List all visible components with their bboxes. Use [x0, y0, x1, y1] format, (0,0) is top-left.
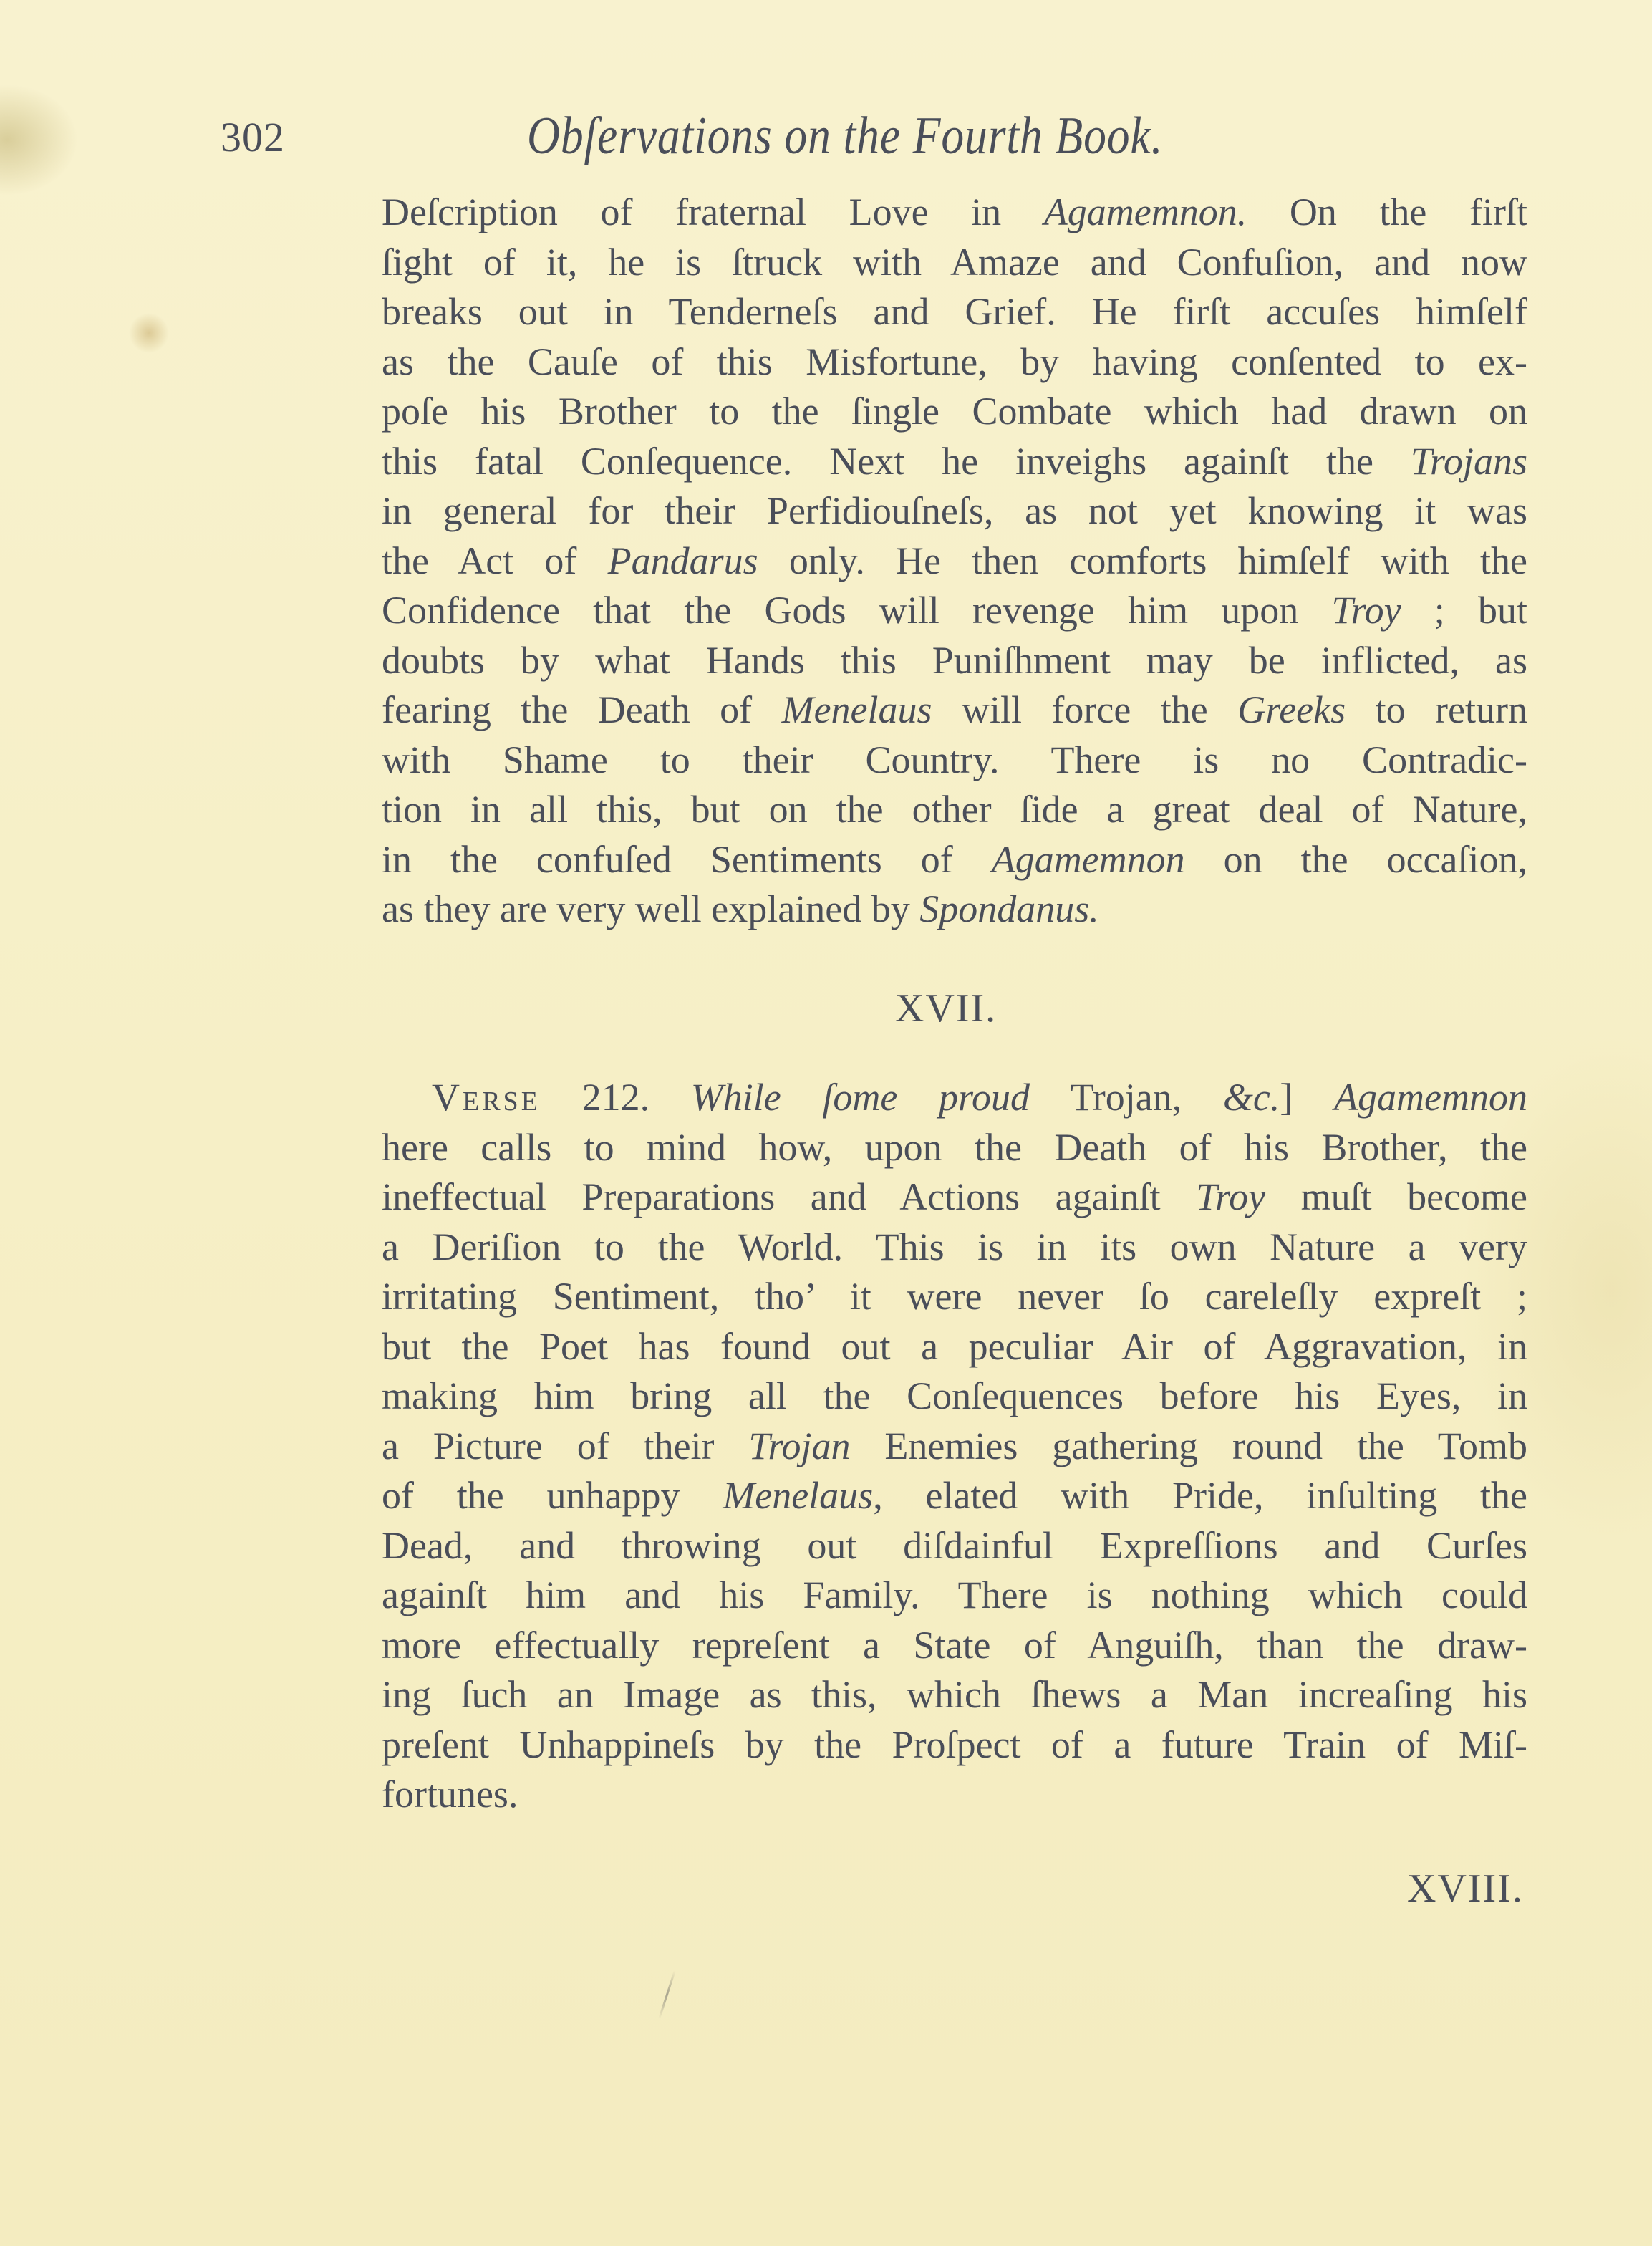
- italic-run: Menelaus: [723, 1474, 873, 1517]
- text-run: ing ſuch an Image as this, which ſhews a…: [382, 1673, 1527, 1716]
- text-line: this fatal Conſequence. Next he inveighs…: [382, 437, 1527, 487]
- paragraph-1: Deſcription of fraternal Love in Agamemn…: [382, 188, 1527, 935]
- text-run: Deſcription of fraternal Love in: [382, 191, 1044, 233]
- text-line: here calls to mind how, upon the Death o…: [382, 1123, 1527, 1173]
- text-run: , elated with Pride, inſulting the: [873, 1474, 1527, 1517]
- text-run: a Picture of their: [382, 1425, 748, 1467]
- text-line: the Act of Pandarus only. He then comfor…: [382, 536, 1527, 587]
- text-run: 212.: [541, 1076, 691, 1119]
- italic-run: Agamemnon: [1334, 1076, 1527, 1119]
- text-run: the Act of: [382, 539, 608, 582]
- text-run: Enemies gathering round the Tomb: [851, 1425, 1528, 1467]
- text-line: making him bring all the Conſequences be…: [382, 1372, 1527, 1422]
- text-run: as the Cauſe of this Misfortune, by havi…: [382, 340, 1527, 383]
- text-line: as the Cauſe of this Misfortune, by havi…: [382, 337, 1527, 387]
- text-run: ineffectual Preparations and Actions aga…: [382, 1175, 1196, 1218]
- text-run: on the occaſion,: [1185, 838, 1527, 881]
- text-run: in the confuſed Sentiments of: [382, 838, 992, 881]
- text-run: tion in all this, but on the other ſide …: [382, 788, 1527, 831]
- text-run: againſt him and his Family. There is not…: [382, 1573, 1527, 1616]
- text-line: Verse 212. While ſome proud Trojan, &c.]…: [382, 1073, 1527, 1123]
- text-line: ſight of it, he is ſtruck with Amaze and…: [382, 238, 1527, 288]
- text-run: Dead, and throwing out diſdainful Expreſ…: [382, 1524, 1527, 1567]
- italic-run: Trojan: [748, 1425, 850, 1467]
- text-run: muſt become: [1265, 1175, 1527, 1218]
- text-run: in general for their Perfidiouſneſs, as …: [382, 489, 1527, 532]
- text-run: will force the: [932, 688, 1238, 731]
- italic-run: Menelaus: [782, 688, 932, 731]
- text-run: a Deriſion to the World. This is in its …: [382, 1225, 1527, 1268]
- text-run: fearing the Death of: [382, 688, 782, 731]
- small-caps-run: Verse: [432, 1076, 541, 1119]
- text-line: a Picture of their Trojan Enemies gather…: [382, 1422, 1527, 1472]
- section-heading-xvii: XVII.: [895, 985, 997, 1031]
- text-line: more effectually repreſent a State of An…: [382, 1621, 1527, 1671]
- text-run: as they are very well explained by: [382, 887, 919, 930]
- text-run: breaks out in Tenderneſs and Grief. He f…: [382, 290, 1527, 333]
- text-line: fearing the Death of Menelaus will force…: [382, 685, 1527, 736]
- text-run: ſight of it, he is ſtruck with Amaze and…: [382, 241, 1527, 284]
- text-line: Deſcription of fraternal Love in Agamemn…: [382, 188, 1527, 238]
- text-line: in general for their Perfidiouſneſs, as …: [382, 486, 1527, 536]
- italic-run: Greeks: [1237, 688, 1346, 731]
- text-run: to return: [1346, 688, 1527, 731]
- text-line: a Deriſion to the World. This is in its …: [382, 1223, 1527, 1273]
- catchword: XVIII.: [1407, 1866, 1524, 1912]
- text-run: making him bring all the Conſequences be…: [382, 1374, 1527, 1417]
- text-line: poſe his Brother to the ſingle Combate w…: [382, 387, 1527, 437]
- text-line: irritating Sentiment, tho’ it were never…: [382, 1272, 1527, 1322]
- italic-run: Spondanus.: [919, 887, 1099, 930]
- italic-run: Agamemnon.: [1044, 191, 1247, 233]
- text-run: On the firſt: [1247, 191, 1527, 233]
- text-line: of the unhappy Menelaus, elated with Pri…: [382, 1471, 1527, 1521]
- text-run: fortunes.: [382, 1773, 518, 1816]
- text-run: but the Poet has found out a peculiar Ai…: [382, 1325, 1527, 1368]
- text-line: Confidence that the Gods will revenge hi…: [382, 586, 1527, 636]
- text-line: as they are very well explained by Spond…: [382, 885, 1527, 935]
- text-line: but the Poet has found out a peculiar Ai…: [382, 1322, 1527, 1372]
- paragraph-2: Verse 212. While ſome proud Trojan, &c.]…: [382, 1073, 1527, 1820]
- text-run: here calls to mind how, upon the Death o…: [382, 1126, 1527, 1169]
- text-run: doubts by what Hands this Puniſhment may…: [382, 639, 1527, 682]
- text-line: Dead, and throwing out diſdainful Expreſ…: [382, 1521, 1527, 1571]
- text-line: preſent Unhappineſs by the Proſpect of a…: [382, 1720, 1527, 1770]
- text-run: poſe his Brother to the ſingle Combate w…: [382, 390, 1527, 433]
- text-run: of the unhappy: [382, 1474, 723, 1517]
- text-run: preſent Unhappineſs by the Proſpect of a…: [382, 1723, 1527, 1766]
- italic-run: Agamemnon: [992, 838, 1185, 881]
- running-head-title: Obſervations on the Fourth Book.: [527, 106, 1163, 167]
- italic-run: &c.: [1223, 1076, 1280, 1119]
- text-run: Confidence that the Gods will revenge hi…: [382, 589, 1332, 632]
- text-run: irritating Sentiment, tho’ it were never…: [382, 1275, 1527, 1318]
- italic-run: Troy: [1196, 1175, 1265, 1218]
- text-run: Trojan,: [1030, 1076, 1223, 1119]
- pencil-mark: [658, 1970, 675, 2019]
- text-line: ineffectual Preparations and Actions aga…: [382, 1172, 1527, 1223]
- italic-run: Trojans: [1411, 440, 1527, 483]
- text-line: tion in all this, but on the other ſide …: [382, 785, 1527, 835]
- text-run: only. He then comforts himſelf with the: [758, 539, 1527, 582]
- text-run: with Shame to their Country. There is no…: [382, 738, 1527, 781]
- text-line: againſt him and his Family. There is not…: [382, 1571, 1527, 1621]
- running-head: 302 Obſervations on the Fourth Book.: [221, 106, 1395, 178]
- italic-run: Pandarus: [608, 539, 758, 582]
- text-run: this fatal Conſequence. Next he inveighs…: [382, 440, 1411, 483]
- italic-run: Troy: [1332, 589, 1401, 632]
- text-run: ; but: [1401, 589, 1527, 632]
- text-line: doubts by what Hands this Puniſhment may…: [382, 636, 1527, 686]
- text-run: more effectually repreſent a State of An…: [382, 1624, 1527, 1667]
- text-line: ing ſuch an Image as this, which ſhews a…: [382, 1670, 1527, 1720]
- text-run: ]: [1280, 1076, 1334, 1119]
- text-line: in the confuſed Sentiments of Agamemnon …: [382, 835, 1527, 885]
- text-line: breaks out in Tenderneſs and Grief. He f…: [382, 287, 1527, 337]
- text-line: with Shame to their Country. There is no…: [382, 736, 1527, 786]
- italic-run: While ſome proud: [691, 1076, 1030, 1119]
- page-number: 302: [221, 113, 285, 161]
- text-line: fortunes.: [382, 1770, 1527, 1820]
